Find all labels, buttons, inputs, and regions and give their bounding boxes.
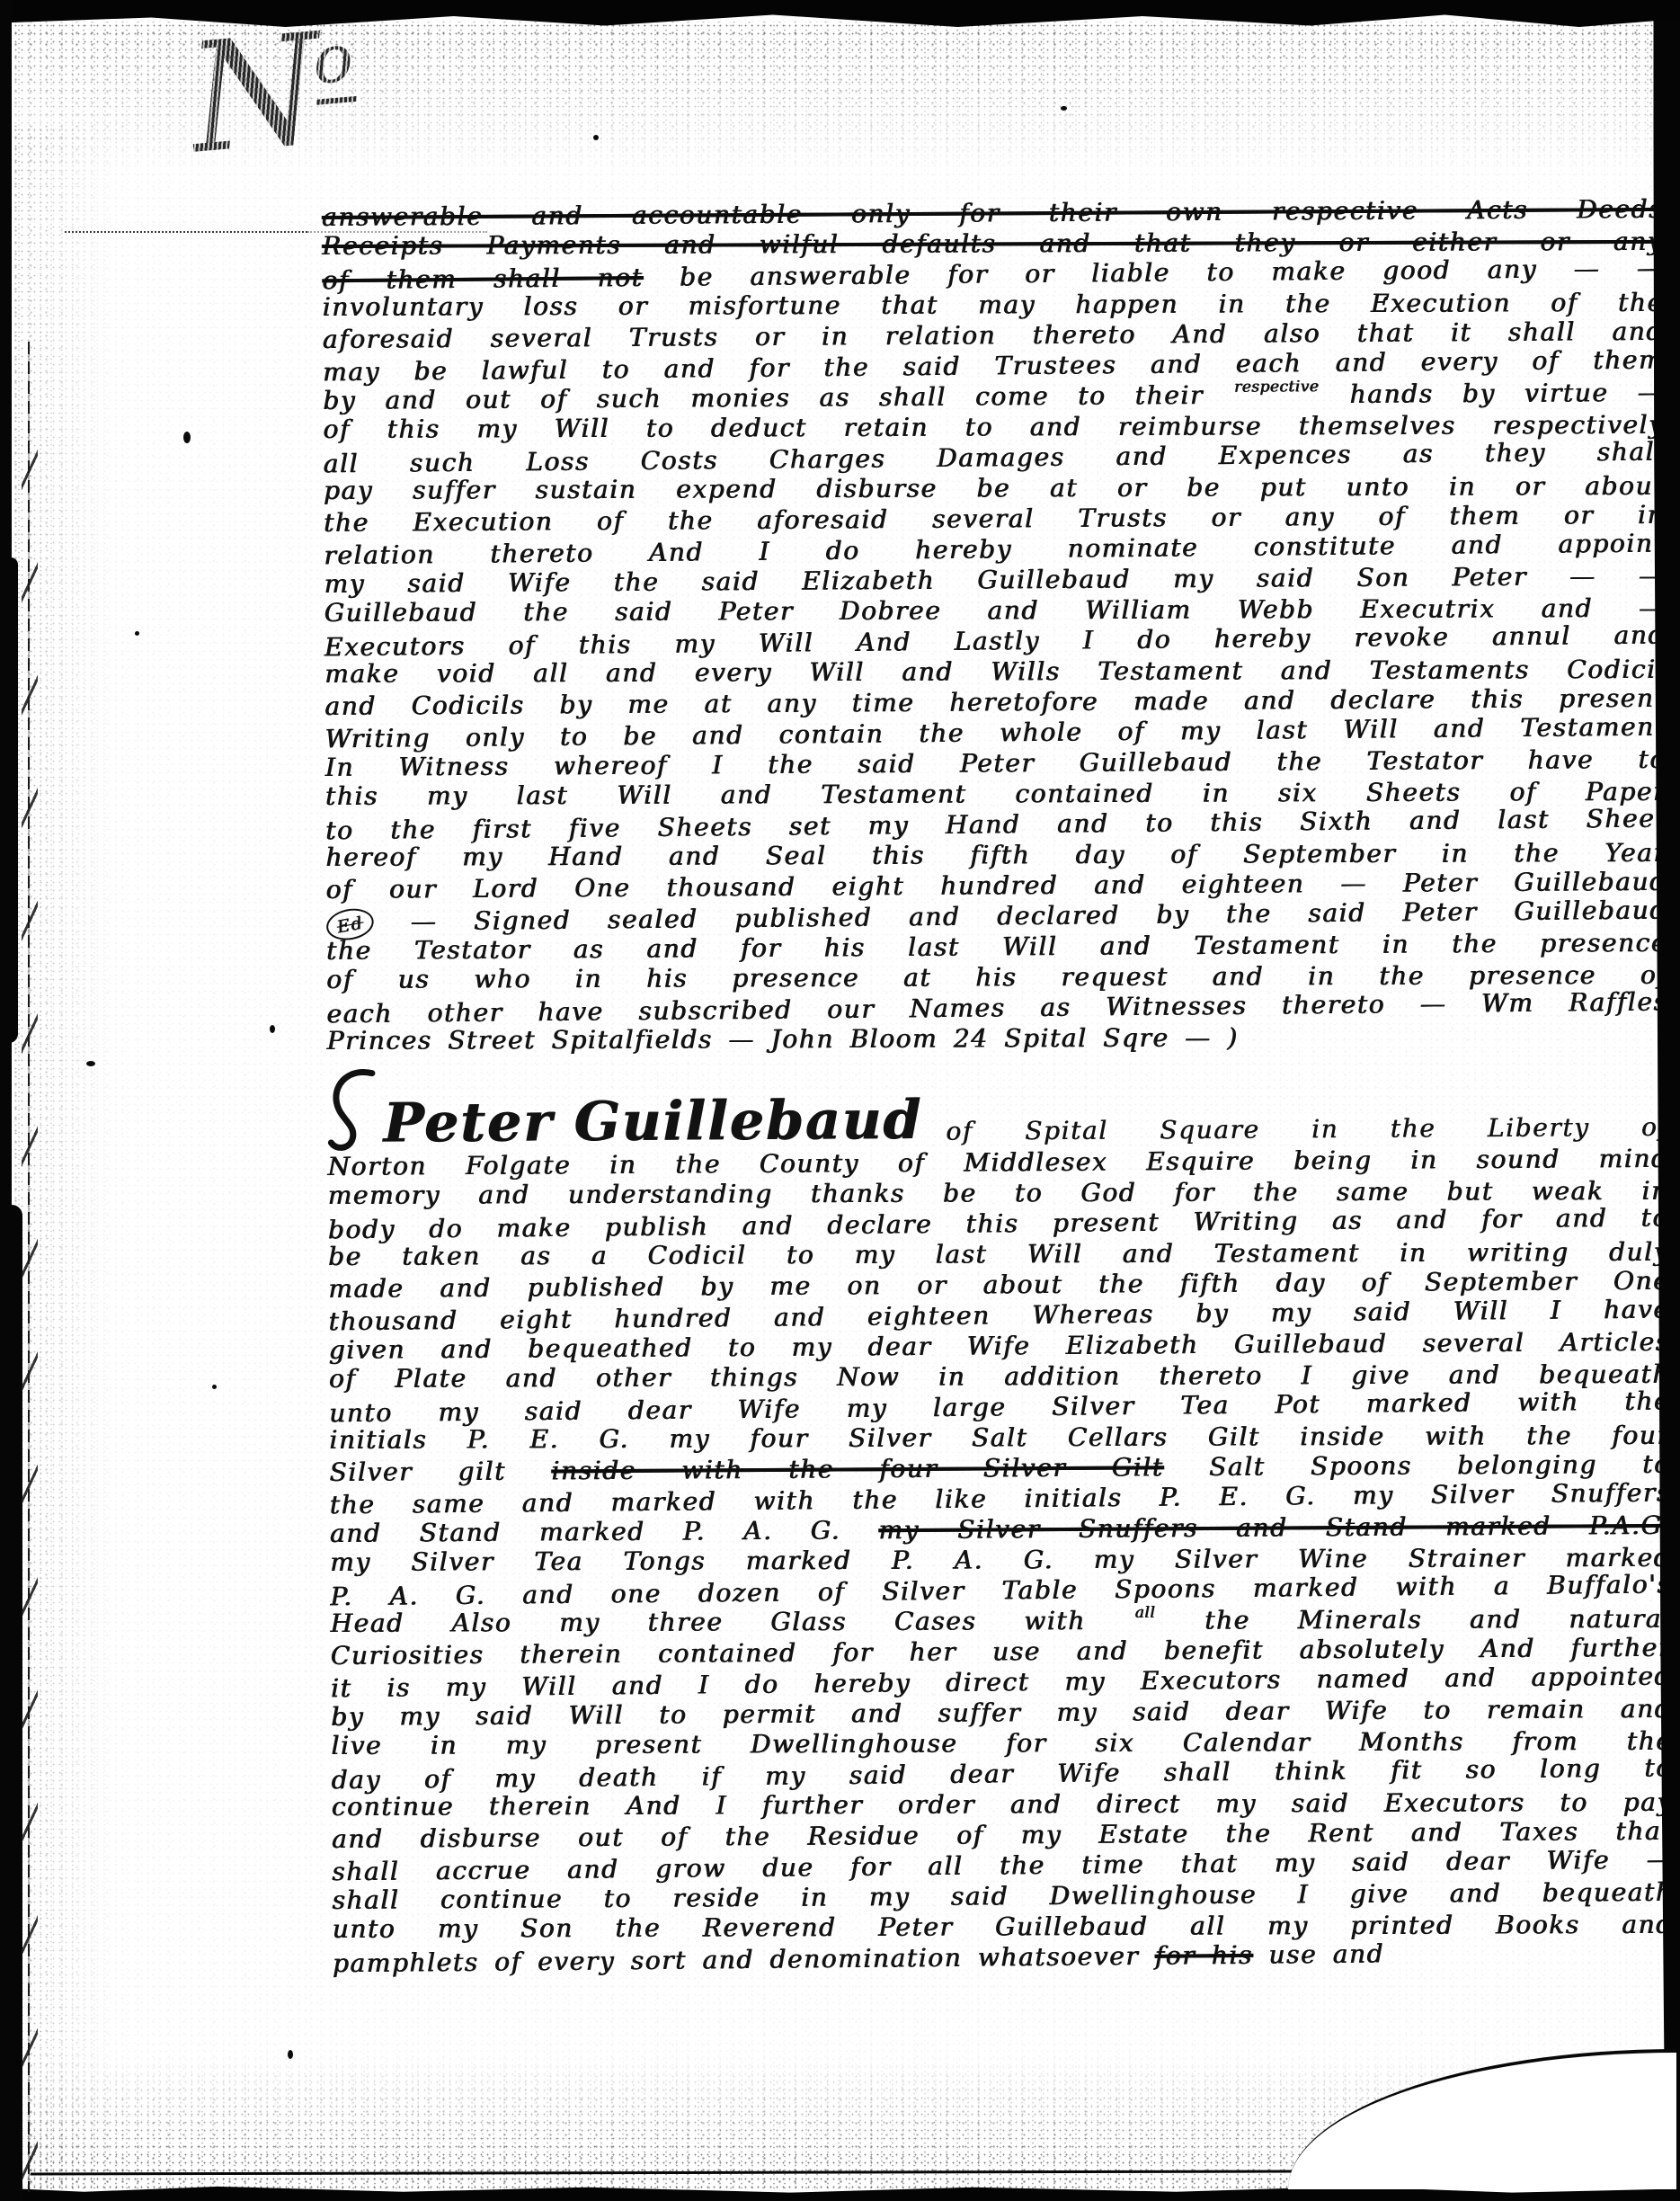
scan-edge-left-lower [0, 1205, 22, 2201]
scan-edge-left-patch [0, 557, 18, 1043]
handwritten-text: hands by virtue — [1350, 378, 1665, 409]
ink-blot [270, 1025, 275, 1033]
manuscript-text-block: answerable and accountable only for thei… [322, 195, 1674, 1978]
manuscript-line: Princes Street Spitalfields — John Bloom… [327, 1022, 1668, 1057]
codicil-heading-tail: of Spital Square in the Liberty of [946, 1112, 1668, 1147]
manuscript-line: hereof my Hand and Seal this fifth day o… [325, 839, 1667, 874]
manuscript-line: continue therein And I further order and… [332, 1788, 1673, 1823]
handwritten-text: pamphlets of every sort and denomination… [333, 1941, 1140, 1978]
ink-blot [1384, 297, 1388, 300]
handwritten-text: hereof my Hand and Seal this fifth day o… [325, 838, 1667, 872]
page-corner-curl [1288, 2049, 1676, 2189]
manuscript-line: be taken as a Codicil to my last Will an… [328, 1238, 1669, 1273]
handwritten-text: continue therein And I further order and… [332, 1787, 1673, 1822]
will-closing-lines: answerable and accountable only for thei… [322, 195, 1668, 1059]
handwritten-text: initials P. E. G. my four Silver Salt Ce… [329, 1421, 1670, 1455]
ink-blot [288, 2050, 293, 2059]
margin-dotted-rule [65, 231, 307, 233]
ink-blot [135, 631, 139, 636]
binding-stitch-line [28, 342, 30, 2192]
manuscript-line: pay suffer sustain expend disburse be at… [324, 472, 1665, 507]
ink-blot [212, 1385, 217, 1389]
handwritten-text: Head Also my three Glass Cases with [331, 1606, 1086, 1638]
ink-blot [86, 1061, 95, 1066]
folio-mark-superscript: o [309, 19, 356, 105]
inserted-word: all [1135, 1600, 1156, 1627]
handwritten-text: the Minerals and natural [1204, 1604, 1672, 1635]
inserted-word: respective [1234, 373, 1320, 402]
ink-blot [593, 135, 599, 140]
binding-stitch-ticks [22, 378, 38, 2192]
handwritten-text: be taken as a Codicil to my last Will an… [328, 1237, 1669, 1271]
folio-mark-letter: N [182, 1, 329, 188]
scan-edge-top [0, 0, 1680, 27]
initial-flourish-icon [327, 1068, 378, 1151]
struck-text: for his [1155, 1940, 1253, 1971]
handwritten-text: pay suffer sustain expend disburse be at… [324, 471, 1665, 505]
folio-number-mark: No [183, 18, 361, 167]
page-bottom-edge-line [31, 2170, 1298, 2176]
handwritten-text: involuntary loss or misfortune that may … [323, 288, 1664, 322]
struck-text: of them shall not [322, 263, 643, 295]
codicil-lines: Norton Folgate in the County of Middlese… [327, 1145, 1674, 1978]
ink-blot [1061, 106, 1067, 111]
struck-text: inside with the four Silver Gilt [551, 1452, 1163, 1485]
handwritten-text: Princes Street Spitalfields — John Bloom… [327, 1022, 1239, 1056]
handwritten-text: make void all and every Will and Wills T… [324, 655, 1666, 689]
handwritten-text: use and [1268, 1938, 1384, 1969]
struck-text: my Silver Snuffers and Stand marked P.A.… [878, 1510, 1671, 1545]
seal-mark: Ed [324, 905, 377, 944]
handwritten-text: Salt Spoons belonging to [1209, 1449, 1671, 1482]
handwritten-text: Silver gilt [330, 1457, 507, 1487]
codicil-heading-name: Peter Guillebaud [383, 1093, 922, 1151]
manuscript-line: initials P. E. G. my four Silver Salt Ce… [329, 1421, 1670, 1457]
manuscript-line: make void all and every Will and Wills T… [324, 655, 1666, 691]
manuscript-line: Head Also my three Glass Cases with all … [331, 1605, 1672, 1640]
manuscript-page: No answerable and accountable only for t… [0, 0, 1680, 2201]
manuscript-line: involuntary loss or misfortune that may … [323, 289, 1664, 324]
ink-blot [183, 432, 191, 443]
codicil-heading: Peter Guillebaud of Spital Square in the… [327, 1056, 1669, 1151]
